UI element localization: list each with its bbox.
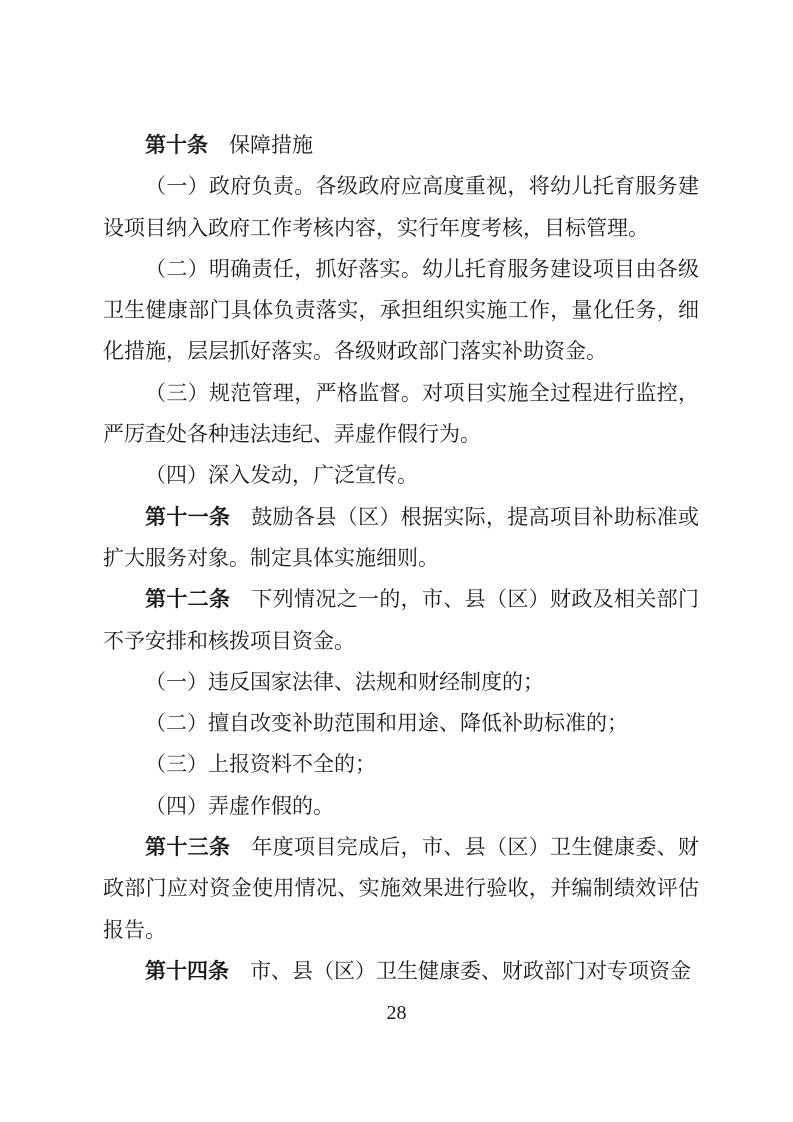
document-body: 第十条保障措施 （一）政府负责。各级政府应高度重视，将幼儿托育服务建设项目纳入政…	[103, 125, 699, 992]
paragraph-text: （一）违反国家法律、法规和财经制度的；	[145, 670, 544, 694]
paragraph-article-14: 第十四条市、县（区）卫生健康委、财政部门对专项资金	[103, 951, 699, 992]
paragraph-subitem-3: （三）上报资料不全的；	[103, 744, 699, 785]
paragraph-subitem-1: （一）违反国家法律、法规和财经制度的；	[103, 662, 699, 703]
paragraph-article-12: 第十二条下列情况之一的，市、县（区）财政及相关部门不予安排和核拨项目资金。	[103, 579, 699, 662]
paragraph-article-11: 第十一条鼓励各县（区）根据实际，提高项目补助标准或扩大服务对象。制定具体实施细则…	[103, 497, 699, 580]
paragraph-text: 市、县（区）卫生健康委、财政部门对专项资金	[250, 959, 691, 983]
document-page: 第十条保障措施 （一）政府负责。各级政府应高度重视，将幼儿托育服务建设项目纳入政…	[0, 0, 793, 1122]
paragraph-text: （二）明确责任，抓好落实。幼儿托育服务建设项目由各级卫生健康部门具体负责落实，承…	[103, 257, 699, 364]
paragraph-article-10: 第十条保障措施	[103, 125, 699, 166]
paragraph-text: （四）弄虚作假的。	[145, 794, 334, 818]
article-11-number: 第十一条	[145, 505, 230, 529]
paragraph-text: （二）擅自改变补助范围和用途、降低补助标准的；	[145, 711, 628, 735]
paragraph-item-3: （三）规范管理，严格监督。对项目实施全过程进行监控，严厉查处各种违法违纪、弄虚作…	[103, 373, 699, 456]
article-12-number: 第十二条	[145, 587, 230, 611]
paragraph-text: （三）上报资料不全的；	[145, 752, 376, 776]
page-number: 28	[0, 1000, 793, 1026]
article-14-number: 第十四条	[145, 959, 229, 983]
paragraph-text: （三）规范管理，严格监督。对项目实施全过程进行监控，严厉查处各种违法违纪、弄虚作…	[103, 381, 699, 446]
paragraph-item-1: （一）政府负责。各级政府应高度重视，将幼儿托育服务建设项目纳入政府工作考核内容，…	[103, 166, 699, 249]
paragraph-subitem-2: （二）擅自改变补助范围和用途、降低补助标准的；	[103, 703, 699, 744]
paragraph-item-2: （二）明确责任，抓好落实。幼儿托育服务建设项目由各级卫生健康部门具体负责落实，承…	[103, 249, 699, 373]
paragraph-text: （四）深入发动，广泛宣传。	[145, 463, 418, 487]
article-10-number: 第十条	[145, 133, 208, 157]
paragraph-text: 保障措施	[229, 133, 313, 157]
paragraph-text: （一）政府负责。各级政府应高度重视，将幼儿托育服务建设项目纳入政府工作考核内容，…	[103, 174, 699, 239]
paragraph-item-4: （四）深入发动，广泛宣传。	[103, 455, 699, 496]
paragraph-subitem-4: （四）弄虚作假的。	[103, 786, 699, 827]
paragraph-article-13: 第十三条年度项目完成后，市、县（区）卫生健康委、财政部门应对资金使用情况、实施效…	[103, 827, 699, 951]
article-13-number: 第十三条	[145, 835, 230, 859]
